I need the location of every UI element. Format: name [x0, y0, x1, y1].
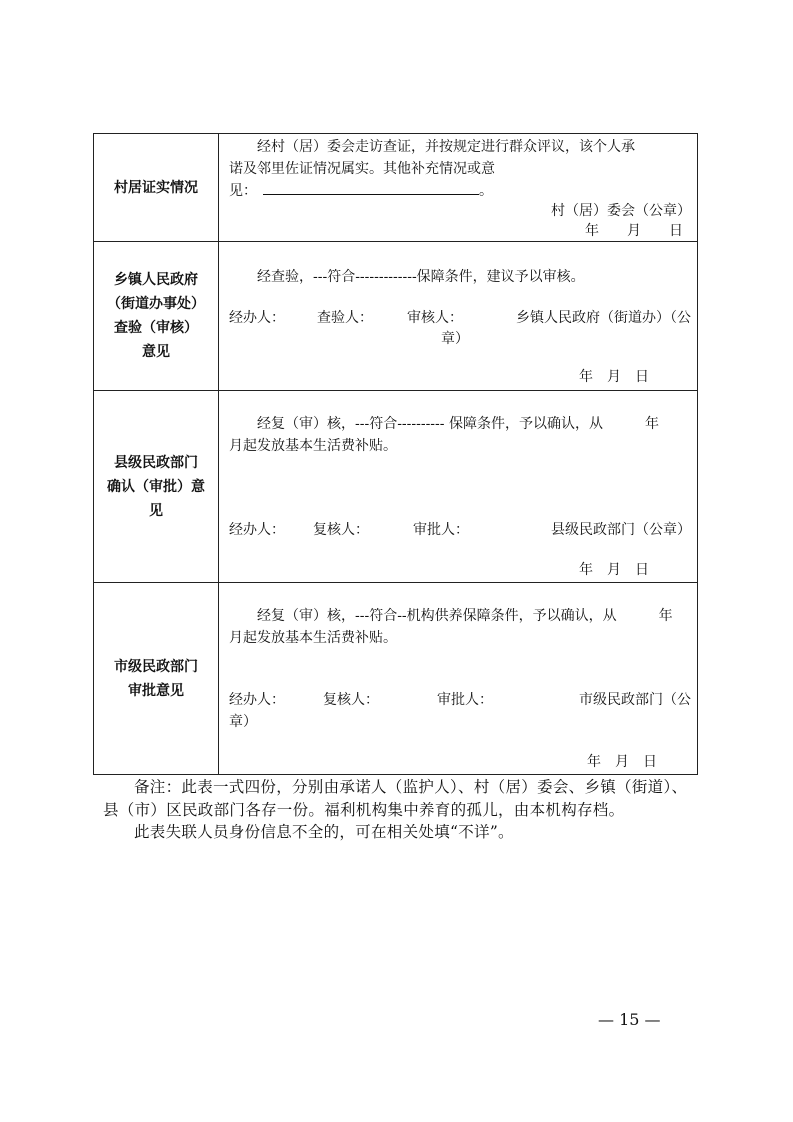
village-verification-cell: 经村（居）委会走访查证，并按规定进行群众评议，该个人承 诺及邻里佐证情况属实。其… — [219, 134, 698, 242]
township-text-line1: 经查验，---符合-------------保障条件，建议予以审核。 — [229, 266, 585, 288]
label-line: 乡镇人民政府 — [94, 268, 218, 292]
remark-copies: 备注：此表一式四份，分别由承诺人（监护人）、村（居）委会、乡镇（街道）、县（市）… — [103, 776, 695, 821]
signer-handler: 经办人： — [229, 519, 285, 541]
label-line: 查验（审核） — [94, 316, 218, 340]
township-date: 年 月 日 — [579, 366, 649, 388]
label-line: 意见 — [94, 340, 218, 364]
county-date: 年 月 日 — [579, 559, 649, 581]
village-text-line1: 经村（居）委会走访查证，并按规定进行群众评议，该个人承 — [229, 136, 635, 158]
label-line: （街道办事处） — [94, 292, 218, 316]
label-line: 市级民政部门 — [94, 655, 218, 679]
opinion-suffix: 。 — [479, 183, 493, 199]
city-seal-wrap: 章） — [229, 711, 257, 733]
village-seal: 村（居）委会（公章） — [551, 200, 691, 222]
other-opinion-blank[interactable] — [263, 182, 479, 195]
county-text-line1: 经复（审）核，---符合---------- 保障条件，予以确认，从 年 — [229, 413, 659, 435]
township-seal-wrap: 章） — [441, 328, 469, 350]
village-date: 年 月 日 — [585, 220, 683, 242]
signer-inspector: 查验人： — [317, 307, 373, 329]
signer-reviewer: 审核人： — [407, 307, 463, 329]
village-text-line2: 诺及邻里佐证情况属实。其他补充情况或意 — [229, 158, 495, 180]
signer-handler: 经办人： — [229, 307, 285, 329]
signer-approver: 审批人： — [413, 519, 469, 541]
signer-rechecker: 复核人： — [313, 519, 369, 541]
remark-missing-info: 此表失联人员身份信息不全的，可在相关处填“不详”。 — [103, 821, 695, 844]
remarks: 备注：此表一式四份，分别由承诺人（监护人）、村（居）委会、乡镇（街道）、县（市）… — [103, 776, 695, 844]
approval-form-table: 村居证实情况 经村（居）委会走访查证，并按规定进行群众评议，该个人承 诺及邻里佐… — [93, 133, 698, 775]
signer-approver: 审批人： — [437, 689, 493, 711]
row-label-city: 市级民政部门 审批意见 — [94, 583, 219, 775]
county-opinion-cell: 经复（审）核，---符合---------- 保障条件，予以确认，从 年 月起发… — [219, 391, 698, 583]
township-seal: 乡镇人民政府（街道办）（公 — [516, 307, 691, 329]
row-label-township: 乡镇人民政府 （街道办事处） 查验（审核） 意见 — [94, 242, 219, 391]
opinion-prefix: 见： — [229, 183, 257, 199]
signer-handler: 经办人： — [229, 689, 285, 711]
city-text-line1: 经复（审）核，---符合--机构供养保障条件，予以确认，从 年 — [229, 605, 673, 627]
row-label-village: 村居证实情况 — [94, 134, 219, 242]
village-text-line3: 见：。 — [229, 180, 493, 202]
label-line: 见 — [94, 499, 218, 523]
city-seal: 市级民政部门（公 — [579, 689, 691, 711]
township-opinion-cell: 经查验，---符合-------------保障条件，建议予以审核。 经办人： … — [219, 242, 698, 391]
label-line: 县级民政部门 — [94, 451, 218, 475]
city-date: 年 月 日 — [587, 751, 657, 773]
county-text-line2: 月起发放基本生活费补贴。 — [229, 435, 397, 457]
city-text-line2: 月起发放基本生活费补贴。 — [229, 627, 397, 649]
label-line: 确认（审批）意 — [94, 475, 218, 499]
signer-rechecker: 复核人： — [323, 689, 379, 711]
page-number: — 15 — — [598, 1010, 661, 1029]
county-seal: 县级民政部门（公章） — [551, 519, 691, 541]
label-line: 审批意见 — [94, 679, 218, 703]
city-opinion-cell: 经复（审）核，---符合--机构供养保障条件，予以确认，从 年 月起发放基本生活… — [219, 583, 698, 775]
row-label-county: 县级民政部门 确认（审批）意 见 — [94, 391, 219, 583]
